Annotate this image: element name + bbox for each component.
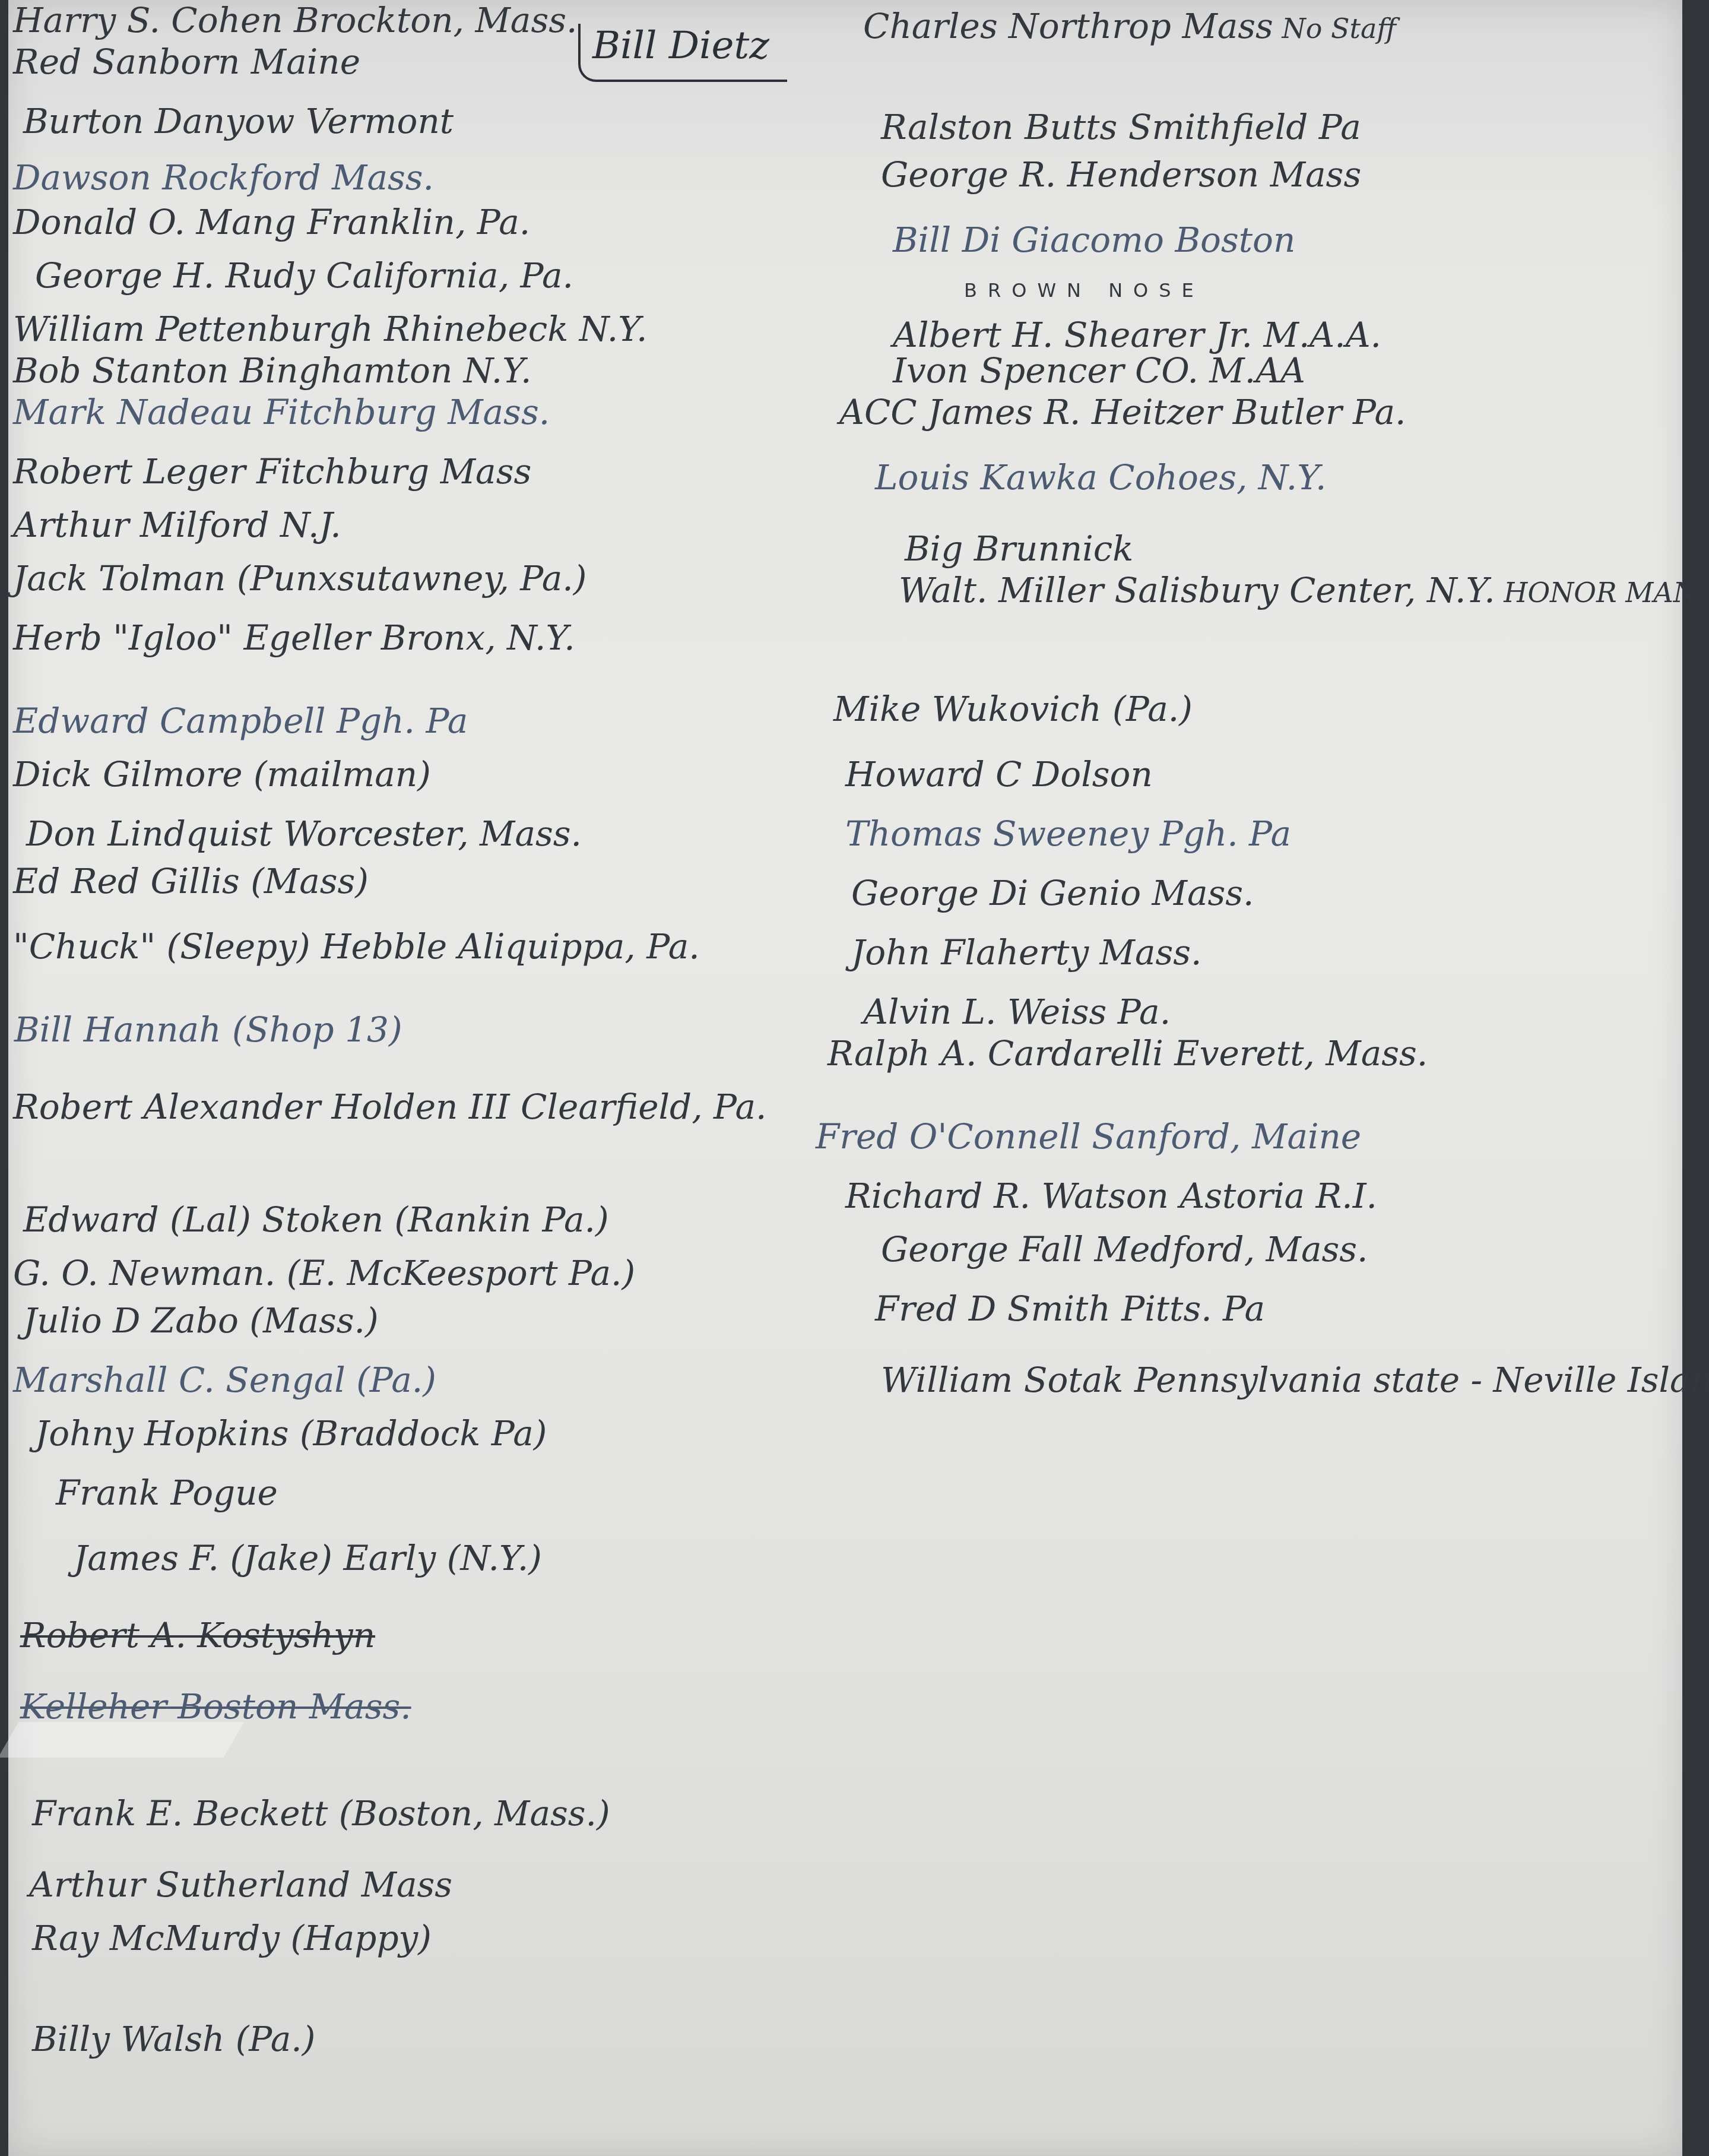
signer-name: Jack Tolman — [13, 558, 226, 599]
signer-location: (Punxsutawney, Pa.) — [226, 558, 586, 599]
left-signature: Harry S. Cohen Brockton, Mass. — [13, 0, 577, 40]
signer-location: Maine — [240, 42, 360, 82]
left-signature: Bill Hannah (Shop 13) — [14, 1009, 402, 1050]
signer-note: HONOR MAN — [1495, 577, 1697, 609]
signer-location: Everett, Mass. — [1163, 1033, 1428, 1074]
left-signature: Jack Tolman (Punxsutawney, Pa.) — [13, 558, 586, 599]
signer-name: Louis Kawka — [875, 457, 1098, 498]
signer-name: Arthur — [13, 505, 129, 545]
signer-location: Franklin, Pa. — [296, 202, 530, 242]
signer-name: Mike Wukovich — [833, 689, 1102, 729]
signer-location: CO. M.AA — [1124, 350, 1305, 391]
signer-location: (Happy) — [280, 1918, 432, 1958]
left-signature: Robert A. Kostyshyn — [20, 1615, 375, 1655]
signer-name: George H. Rudy — [35, 255, 315, 296]
signer-location: (Pa.) — [1102, 689, 1193, 729]
signer-location: M.A.A. — [1253, 315, 1381, 355]
signer-location: (Boston, Mass.) — [328, 1793, 610, 1834]
right-signature: George Di Genio Mass. — [851, 873, 1254, 913]
signer-location: Mass — [350, 1864, 452, 1905]
left-signature: Burton Danyow Vermont — [23, 101, 454, 141]
right-signature: BROWN NOSE — [964, 279, 1204, 302]
left-signature: Donald O. Mang Franklin, Pa. — [13, 202, 530, 242]
right-signature: Big Brunnick — [905, 528, 1133, 569]
signer-location: (Pa.) — [224, 2019, 315, 2059]
signer-name: Ivon Spencer — [893, 350, 1124, 391]
signer-name: Ed Red Gillis — [13, 861, 240, 901]
signer-location: Astoria R.I. — [1169, 1176, 1377, 1216]
signer-name: Ray McMurdy — [32, 1918, 280, 1958]
signature-sheet: Bill Dietz Harry S. Cohen Brockton, Mass… — [8, 0, 1682, 2156]
signer-location: Boston Mass. — [167, 1686, 411, 1727]
right-signature: Walt. Miller Salisbury Center, N.Y. HONO… — [899, 570, 1697, 610]
signer-location: Mass. — [1089, 932, 1201, 973]
signer-name: Arthur Sutherland — [29, 1864, 350, 1905]
signer-name: Albert H. Shearer Jr. — [893, 315, 1253, 355]
signer-location: Pennsylvania state - Neville Island — [1124, 1360, 1709, 1400]
left-signature: Dawson Rockford Mass. — [13, 157, 434, 198]
signer-location: Boston — [1164, 220, 1295, 260]
signer-location: Mass. — [1141, 873, 1254, 913]
right-signature: Fred O'Connell Sanford, Maine — [816, 1116, 1361, 1157]
signer-location: Clearfield, Pa. — [510, 1087, 767, 1127]
signer-name: Robert Alexander Holden III — [13, 1087, 510, 1127]
right-signature: Charles Northrop Mass No Staff — [863, 6, 1396, 46]
signer-name: Frank Pogue — [56, 1473, 278, 1513]
signer-name: Alvin L. Weiss — [863, 992, 1106, 1032]
signer-location: California, Pa. — [315, 255, 573, 296]
signer-name: Ralston Butts — [881, 107, 1117, 147]
signer-name: Herb "Igloo" Egeller — [13, 618, 370, 658]
signer-location: Mass. — [321, 157, 434, 198]
signer-location: Aliquippa, Pa. — [447, 926, 700, 967]
left-signature: Robert Alexander Holden III Clearfield, … — [13, 1087, 767, 1127]
signer-name: Don Lindquist — [26, 813, 272, 854]
signer-location: Fitchburg Mass — [246, 451, 532, 492]
signer-name: Harry S. Cohen — [13, 0, 283, 40]
left-signature: Arthur Sutherland Mass — [29, 1864, 452, 1905]
right-signature: Fred D Smith Pitts. Pa — [875, 1288, 1265, 1329]
right-signature: Ralph A. Cardarelli Everett, Mass. — [827, 1033, 1428, 1074]
signer-name: George Di Genio — [851, 873, 1141, 913]
signer-name: Dawson Rockford — [13, 157, 321, 198]
left-signature: James F. (Jake) Early (N.Y.) — [74, 1538, 542, 1578]
signer-name: Red Sanborn — [13, 42, 240, 82]
center-signature: Bill Dietz — [578, 24, 787, 82]
signer-note: No Staff — [1273, 12, 1396, 45]
right-signature: John Flaherty Mass. — [851, 932, 1202, 973]
signer-name: Howard C Dolson — [845, 754, 1153, 794]
signer-name: Edward Campbell — [13, 701, 326, 741]
right-signature: Howard C Dolson — [845, 754, 1153, 794]
left-signature: Ray McMurdy (Happy) — [32, 1918, 432, 1958]
left-signature: Frank E. Beckett (Boston, Mass.) — [32, 1793, 610, 1834]
right-signature: Ralston Butts Smithfield Pa — [881, 107, 1361, 147]
signer-name: Robert Leger — [13, 451, 246, 492]
signer-name: Julio D Zabo — [23, 1300, 239, 1341]
signer-location: Rhinebeck N.Y. — [373, 309, 648, 349]
signer-name: G. O. Newman. — [13, 1253, 275, 1293]
signer-name: Edward (Lal) Stoken — [23, 1199, 383, 1240]
right-signature: Bill Di Giacomo Boston — [893, 220, 1295, 260]
signer-name: BROWN NOSE — [964, 279, 1204, 302]
left-signature: G. O. Newman. (E. McKeesport Pa.) — [13, 1253, 635, 1293]
right-signature: George Fall Medford, Mass. — [881, 1229, 1368, 1269]
signer-name: William Pettenburgh — [13, 309, 373, 349]
signer-name: Charles Northrop — [863, 6, 1171, 46]
signer-location: Fitchburg Mass. — [253, 392, 550, 432]
right-signature: Mike Wukovich (Pa.) — [833, 689, 1193, 729]
left-signature: Edward (Lal) Stoken (Rankin Pa.) — [23, 1199, 609, 1240]
signer-location: Milford N.J. — [129, 505, 341, 545]
signer-name: Bob Stanton — [13, 350, 229, 391]
left-signature: Robert Leger Fitchburg Mass — [13, 451, 531, 492]
signer-name: Burton Danyow — [23, 101, 295, 141]
signer-name: James F. (Jake) Early — [74, 1538, 436, 1578]
signer-location: Mass — [1259, 154, 1361, 195]
signer-location: Smithfield Pa — [1117, 107, 1361, 147]
signer-location: (Mass.) — [239, 1300, 379, 1341]
signer-location: (N.Y.) — [436, 1538, 541, 1578]
signer-location: Worcester, Mass. — [272, 813, 582, 854]
signer-name: William Sotak — [881, 1360, 1124, 1400]
signer-location: (Shop 13) — [221, 1009, 402, 1050]
signer-location: Sanford, Maine — [1081, 1116, 1361, 1157]
left-signature: Don Lindquist Worcester, Mass. — [26, 813, 582, 854]
signer-name: Bill Di Giacomo — [893, 220, 1164, 260]
signer-location: (E. McKeesport Pa.) — [275, 1253, 635, 1293]
signer-location: Pgh. Pa — [326, 701, 468, 741]
right-signature: Louis Kawka Cohoes, N.Y. — [875, 457, 1327, 498]
signer-location: Vermont — [295, 101, 454, 141]
left-signature: Billy Walsh (Pa.) — [32, 2019, 315, 2059]
signer-location: Brockton, Mass. — [283, 0, 578, 40]
left-signature: Johny Hopkins (Braddock Pa) — [35, 1413, 547, 1454]
signer-location: Cohoes, N.Y. — [1098, 457, 1327, 498]
signer-name: Big Brunnick — [905, 528, 1133, 569]
signer-name: "Chuck" (Sleepy) Hebble — [13, 926, 447, 967]
left-signature: George H. Rudy California, Pa. — [35, 255, 573, 296]
right-signature: Alvin L. Weiss Pa. — [863, 992, 1171, 1032]
left-signature: Herb "Igloo" Egeller Bronx, N.Y. — [13, 618, 575, 658]
signer-name: Donald O. Mang — [13, 202, 296, 242]
left-signature: Marshall C. Sengal (Pa.) — [13, 1360, 436, 1400]
signer-location: Pitts. Pa — [1111, 1288, 1265, 1329]
left-signature: Edward Campbell Pgh. Pa — [13, 701, 468, 741]
left-signature: Julio D Zabo (Mass.) — [23, 1300, 379, 1341]
right-signature: Thomas Sweeney Pgh. Pa — [845, 813, 1291, 854]
signer-location: (Pa.) — [345, 1360, 436, 1400]
glass-glare — [0, 1722, 244, 1758]
signer-location: Salisbury Center, N.Y. — [1104, 570, 1495, 610]
left-signature: Bob Stanton Binghamton N.Y. — [13, 350, 531, 391]
signer-location: (mailman) — [243, 754, 431, 794]
signer-name: John Flaherty — [851, 932, 1089, 973]
signer-location: Bronx, N.Y. — [370, 618, 575, 658]
right-signature: William Sotak Pennsylvania state - Nevil… — [881, 1360, 1709, 1400]
signer-name: Kelleher — [20, 1686, 167, 1727]
signer-name: Robert A. Kostyshyn — [20, 1615, 375, 1655]
signer-name: Bill Hannah — [14, 1009, 221, 1050]
signer-name: Ralph A. Cardarelli — [827, 1033, 1163, 1074]
left-signature: Mark Nadeau Fitchburg Mass. — [13, 392, 550, 432]
signer-name: Mark Nadeau — [13, 392, 253, 432]
signer-name: Frank E. Beckett — [32, 1793, 328, 1834]
left-signature: Arthur Milford N.J. — [13, 505, 341, 545]
signer-name: Fred O'Connell — [816, 1116, 1081, 1157]
left-signature: Kelleher Boston Mass. — [20, 1686, 411, 1727]
signer-location: Binghamton N.Y. — [229, 350, 532, 391]
signer-name: ACC James R. Heitzer — [839, 392, 1222, 432]
signer-location: Mass — [1171, 6, 1273, 46]
signer-name: Walt. Miller — [899, 570, 1104, 610]
picture-frame: Bill Dietz Harry S. Cohen Brockton, Mass… — [0, 0, 1709, 2156]
left-signature: Frank Pogue — [56, 1473, 278, 1513]
signer-name: Dick Gilmore — [13, 754, 243, 794]
signer-location: (Mass) — [240, 861, 369, 901]
signer-name: George Fall — [881, 1229, 1083, 1269]
left-signature: Dick Gilmore (mailman) — [13, 754, 431, 794]
right-signature: Richard R. Watson Astoria R.I. — [845, 1176, 1377, 1216]
signer-name: Marshall C. Sengal — [13, 1360, 345, 1400]
left-signature: Red Sanborn Maine — [13, 42, 360, 82]
signer-location: (Rankin Pa.) — [383, 1199, 609, 1240]
right-signature: Ivon Spencer CO. M.AA — [893, 350, 1305, 391]
left-signature: Ed Red Gillis (Mass) — [13, 861, 369, 901]
left-signature: William Pettenburgh Rhinebeck N.Y. — [13, 309, 647, 349]
right-signature: George R. Henderson Mass — [881, 154, 1361, 195]
signer-name: Billy Walsh — [32, 2019, 224, 2059]
left-signature: "Chuck" (Sleepy) Hebble Aliquippa, Pa. — [13, 926, 700, 967]
right-signature: ACC James R. Heitzer Butler Pa. — [839, 392, 1406, 432]
signer-name: Fred D Smith — [875, 1288, 1111, 1329]
signer-name: Johny Hopkins — [35, 1413, 289, 1454]
signer-name: Thomas Sweeney — [845, 813, 1149, 854]
signer-location: Pa. — [1106, 992, 1171, 1032]
right-signature: Albert H. Shearer Jr. M.A.A. — [893, 315, 1381, 355]
signer-location: Medford, Mass. — [1083, 1229, 1368, 1269]
signer-name: George R. Henderson — [881, 154, 1259, 195]
signer-name: Richard R. Watson — [845, 1176, 1169, 1216]
signer-location: Pgh. Pa — [1149, 813, 1291, 854]
signer-location: (Braddock Pa) — [289, 1413, 547, 1454]
signer-location: Butler Pa. — [1222, 392, 1406, 432]
